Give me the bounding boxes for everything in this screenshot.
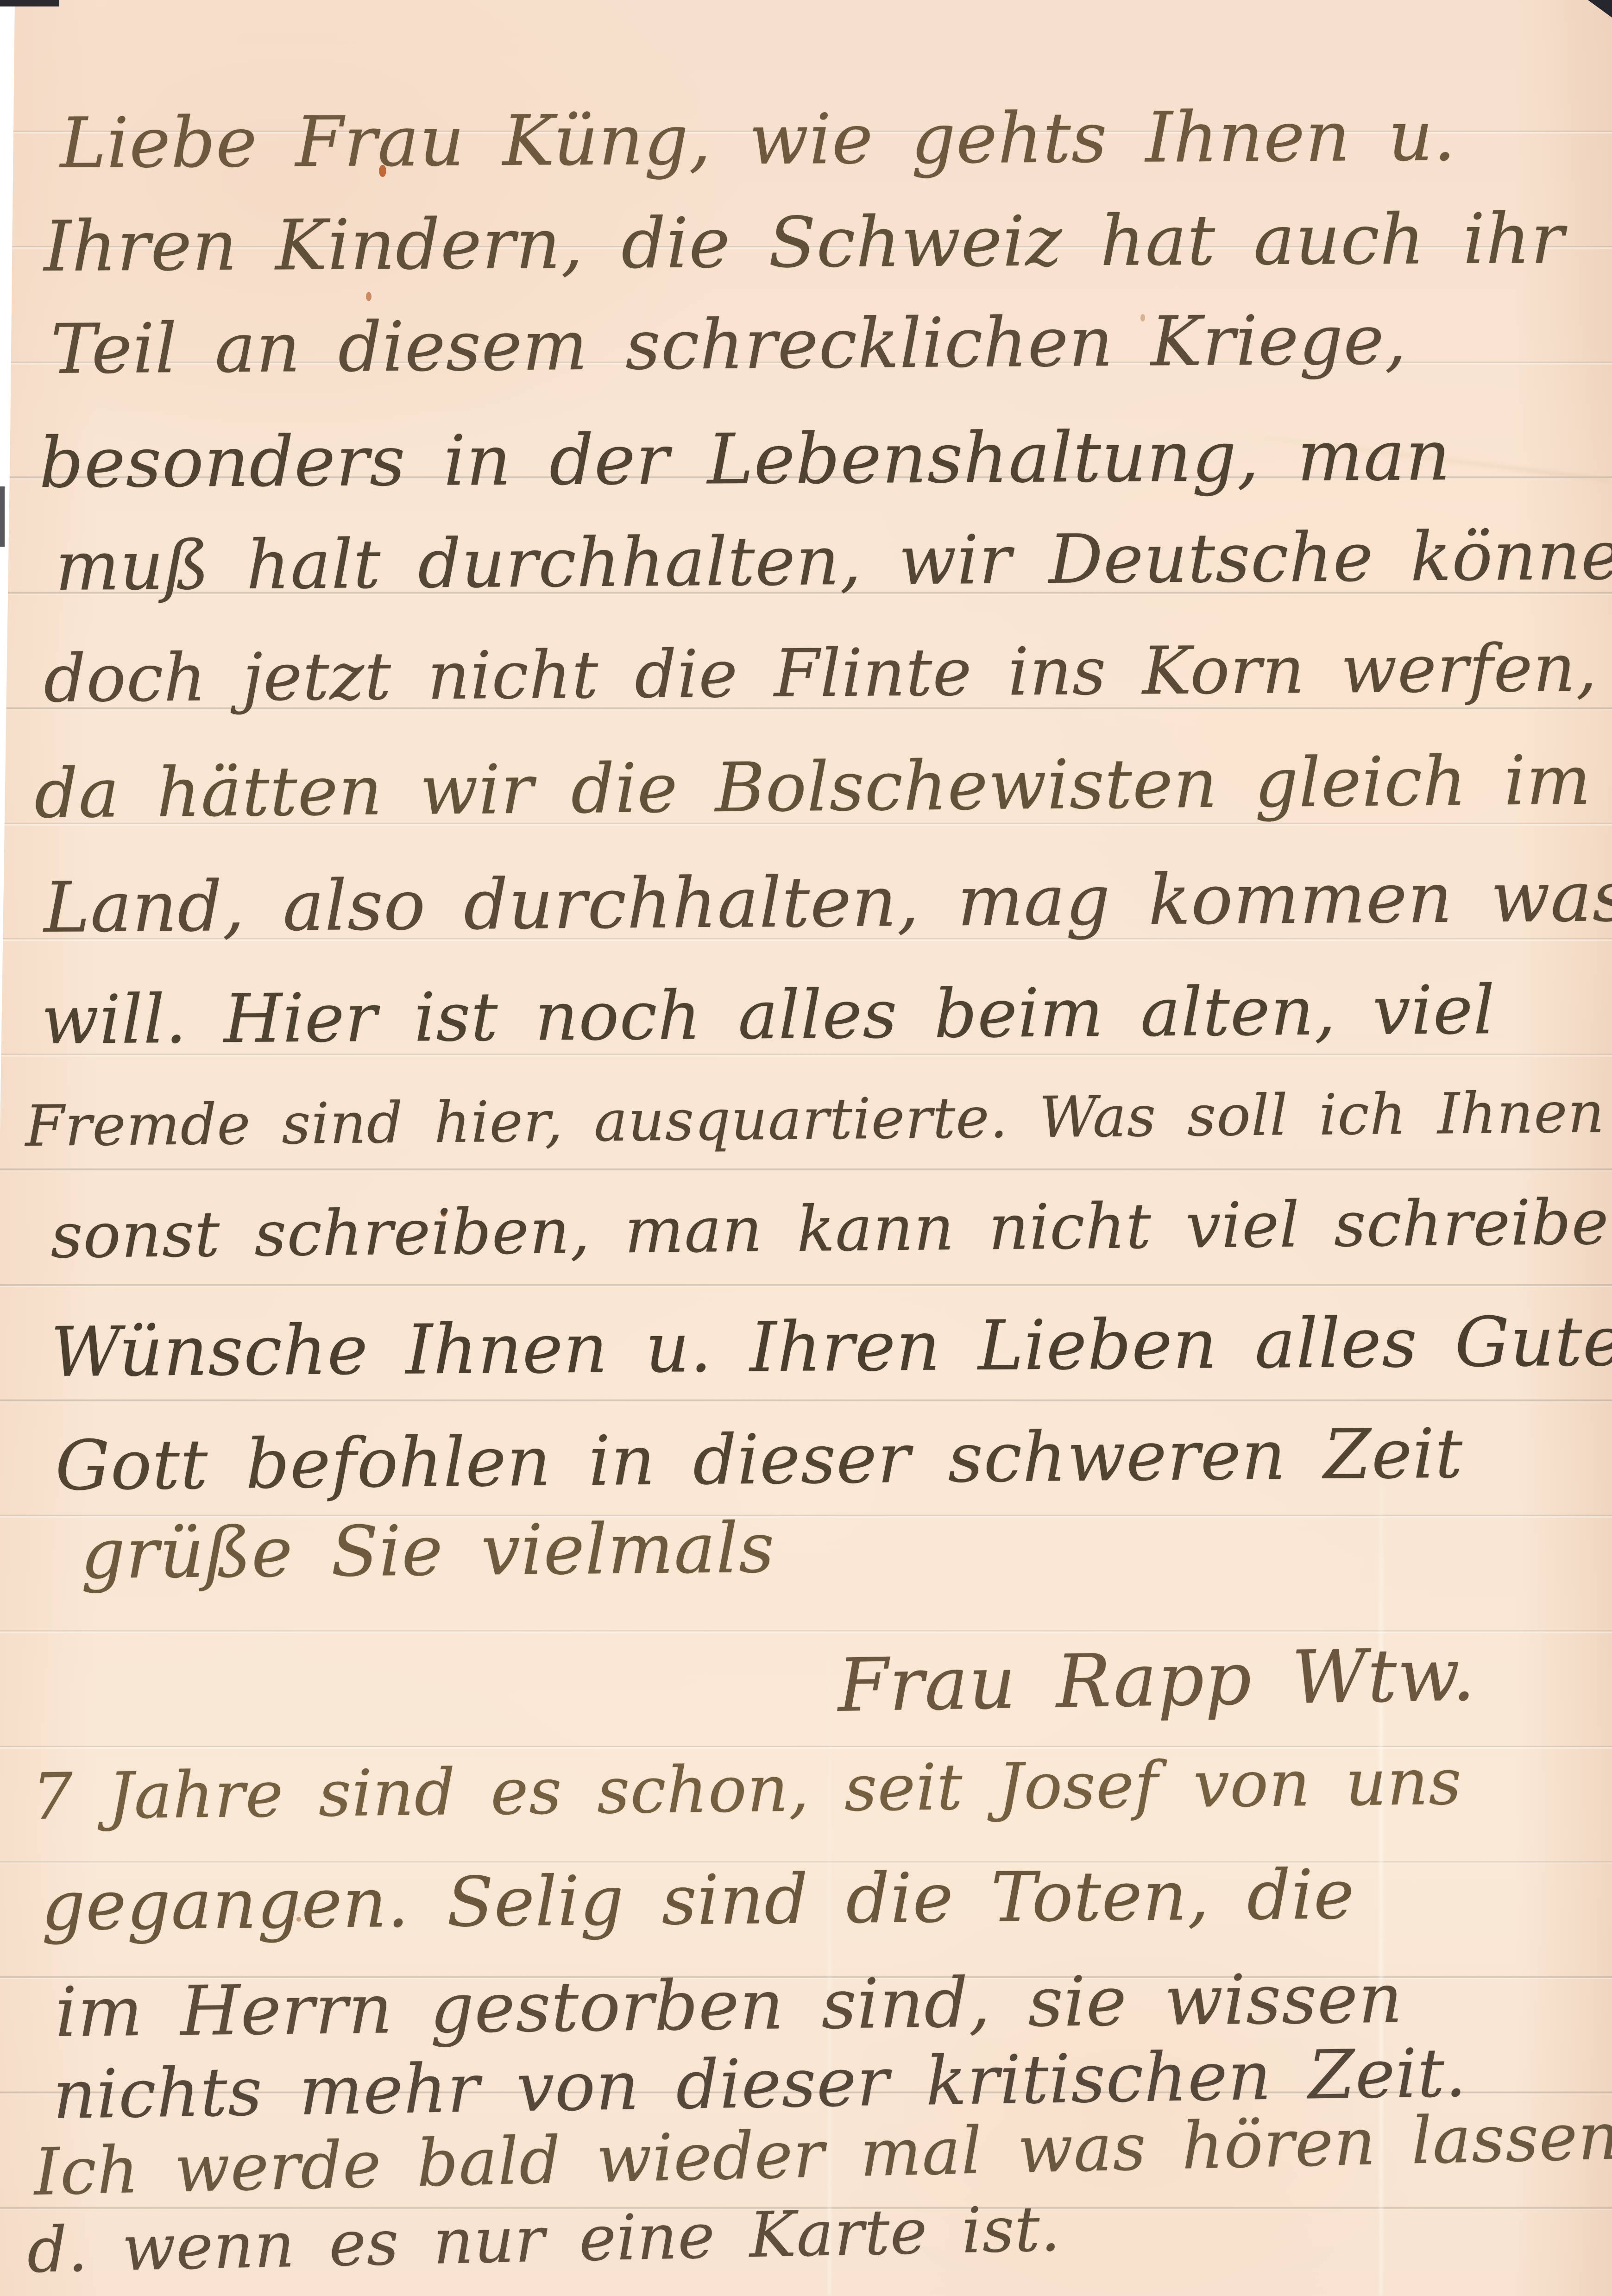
handwriting-line: Teil an diesem schrecklichen Kriege, bbox=[50, 306, 1407, 384]
handwriting-line: will. Hier ist noch alles beim alten, vi… bbox=[41, 977, 1495, 1054]
handwriting-line: Liebe Frau Küng, wie gehts Ihnen u. bbox=[60, 101, 1456, 178]
handwriting-line: gegangen. Selig sind die Toten, die bbox=[41, 1860, 1355, 1940]
handwriting-line: Wünsche Ihnen u. Ihren Lieben alles Gute bbox=[50, 1307, 1612, 1387]
scanned-letter: Liebe Frau Küng, wie gehts Ihnen u.Ihren… bbox=[0, 0, 1612, 2296]
handwriting-line: sonst schreiben, man kann nicht viel sch… bbox=[50, 1191, 1612, 1267]
handwriting-line: grüße Sie vielmals bbox=[81, 1514, 775, 1589]
letter-paper: Liebe Frau Küng, wie gehts Ihnen u.Ihren… bbox=[0, 0, 1612, 2296]
handwriting-line: Ihren Kindern, die Schweiz hat auch ihr bbox=[44, 204, 1565, 282]
handwriting-line: besonders in der Lebenshaltung, man bbox=[39, 421, 1451, 498]
handwriting-line: Gott befohlen in dieser schweren Zeit bbox=[55, 1419, 1463, 1500]
handwriting-line: im Herrn gestorben sind, sie wissen bbox=[55, 1964, 1403, 2047]
handwriting-line: doch jetzt nicht die Flinte ins Korn wer… bbox=[44, 636, 1598, 712]
handwriting-line: 7 Jahre sind es schon, seit Josef von un… bbox=[32, 1750, 1462, 1829]
paper-speck bbox=[366, 292, 372, 301]
handwriting-line: Land, also durchhalten, mag kommen was bbox=[44, 862, 1612, 943]
scanner-edge-artifact-left bbox=[0, 486, 5, 547]
handwriting-line: Frau Rapp Wtw. bbox=[837, 1638, 1476, 1722]
handwriting-line: d. wenn es nur eine Karte ist. bbox=[26, 2197, 1061, 2282]
handwriting-line: da hätten wir die Bolschewisten gleich i… bbox=[34, 746, 1592, 828]
handwriting-line: Fremde sind hier, ausquartierte. Was sol… bbox=[25, 1084, 1605, 1154]
handwriting-line: muß halt durchhalten, wir Deutsche könne… bbox=[55, 522, 1612, 600]
